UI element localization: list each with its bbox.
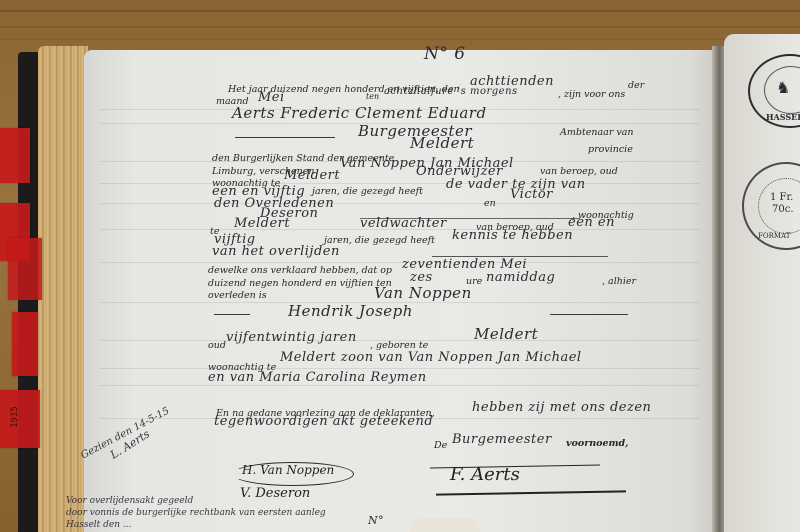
print-text: ten: [366, 92, 379, 101]
print-text: voornoemd,: [566, 438, 629, 449]
hand-place: Meldert: [234, 216, 290, 231]
hand-deceased-surname: Van Noppen: [374, 284, 472, 302]
witness-1-signature: H. Van Noppen: [242, 463, 334, 477]
index-tab-year[interactable]: 1915: [0, 390, 40, 448]
print-text: provincie: [588, 144, 633, 155]
index-tab-4[interactable]: [12, 312, 38, 376]
hand-deceased-age: vijfentwintig jaren: [226, 330, 357, 345]
hand-municipality: Meldert: [410, 134, 474, 152]
hand-official-name: Aerts Frederic Clement Eduard: [232, 104, 487, 122]
footer-stamp-fragment: N°: [368, 514, 384, 527]
hand-closing-cont: tegenwoordigen akt geteekend: [214, 414, 433, 429]
tab-year-label: 1915: [10, 406, 20, 428]
hand-birthplace: Meldert: [474, 325, 538, 343]
thumb: [410, 518, 480, 532]
print-text: De: [434, 440, 447, 451]
archive-stamp: ♞ HASSELT: [748, 54, 800, 128]
hand-profession-2: veldwachter: [360, 216, 447, 231]
footer-note-line-1: Voor overlijdensakt gegeeld: [66, 496, 193, 506]
print-text: , alhier: [602, 276, 636, 287]
hand-deceased-given-names: Hendrik Joseph: [288, 302, 413, 320]
print-text: van beroep, oud: [540, 166, 618, 177]
index-tab-1[interactable]: [0, 128, 30, 183]
hand-mother: en van Maria Carolina Reymen: [208, 370, 427, 385]
facing-page: ♞ HASSELT 1 Fr. 70c. FORMAT: [724, 34, 800, 532]
hand-death-daypart: namiddag: [486, 270, 555, 285]
print-text: , zijn voor ons: [558, 89, 625, 100]
print-text: oud: [208, 340, 226, 351]
hand-statement: kennis te hebben: [452, 228, 573, 243]
print-text: en: [484, 198, 496, 209]
stamp-value-2: 70c.: [772, 204, 794, 215]
hand-hour: achtzhalfure 's morgens: [384, 86, 518, 97]
stamp-city: HASSELT: [766, 112, 800, 122]
print-text: dewelke ons verklaard hebben, dat op: [208, 265, 392, 276]
print-text: overleden is: [208, 290, 267, 301]
mayor-signature: F. Aerts: [450, 464, 520, 485]
stamp-format: FORMAT: [758, 232, 790, 240]
page-edges: [38, 46, 88, 532]
tax-stamp: 1 Fr. 70c. FORMAT: [742, 162, 800, 250]
hand-title-2: Burgemeester: [452, 432, 552, 447]
footer-note-line-3: Hasselt den ...: [66, 520, 131, 530]
print-text: duizend negen honderd en vijftien ten: [208, 278, 392, 289]
hand-month: Mei: [258, 90, 285, 105]
entry-number: N° 6: [424, 44, 466, 64]
wood-grain: [0, 26, 800, 28]
hand-declarant-2: Victor: [510, 187, 553, 202]
print-text: der: [628, 80, 644, 91]
footer-note-line-2: door vonnis de burgerlijke rechtbank van…: [66, 508, 326, 518]
hand-death-hour: zes: [410, 270, 433, 285]
hand-statement-cont: van het overlijden: [212, 244, 340, 259]
stamp-value-1: 1 Fr.: [770, 192, 793, 203]
hand-closing: hebben zij met ons dezen: [472, 400, 651, 415]
witness-2-signature: V. Deseron: [240, 486, 310, 501]
print-text: jaren, die gezegd heeft: [324, 235, 435, 246]
wood-grain: [0, 10, 800, 12]
hand-residence-parents: Meldert zoon van Van Noppen Jan Michael: [280, 350, 582, 365]
wood-grain: [0, 38, 800, 40]
hand-age-2: een en: [568, 215, 615, 230]
index-tab-3[interactable]: [8, 238, 42, 300]
print-text: Ambtenaar van: [560, 127, 634, 138]
lion-crest-icon: ♞: [776, 78, 790, 97]
hand-place: Meldert: [284, 168, 340, 183]
